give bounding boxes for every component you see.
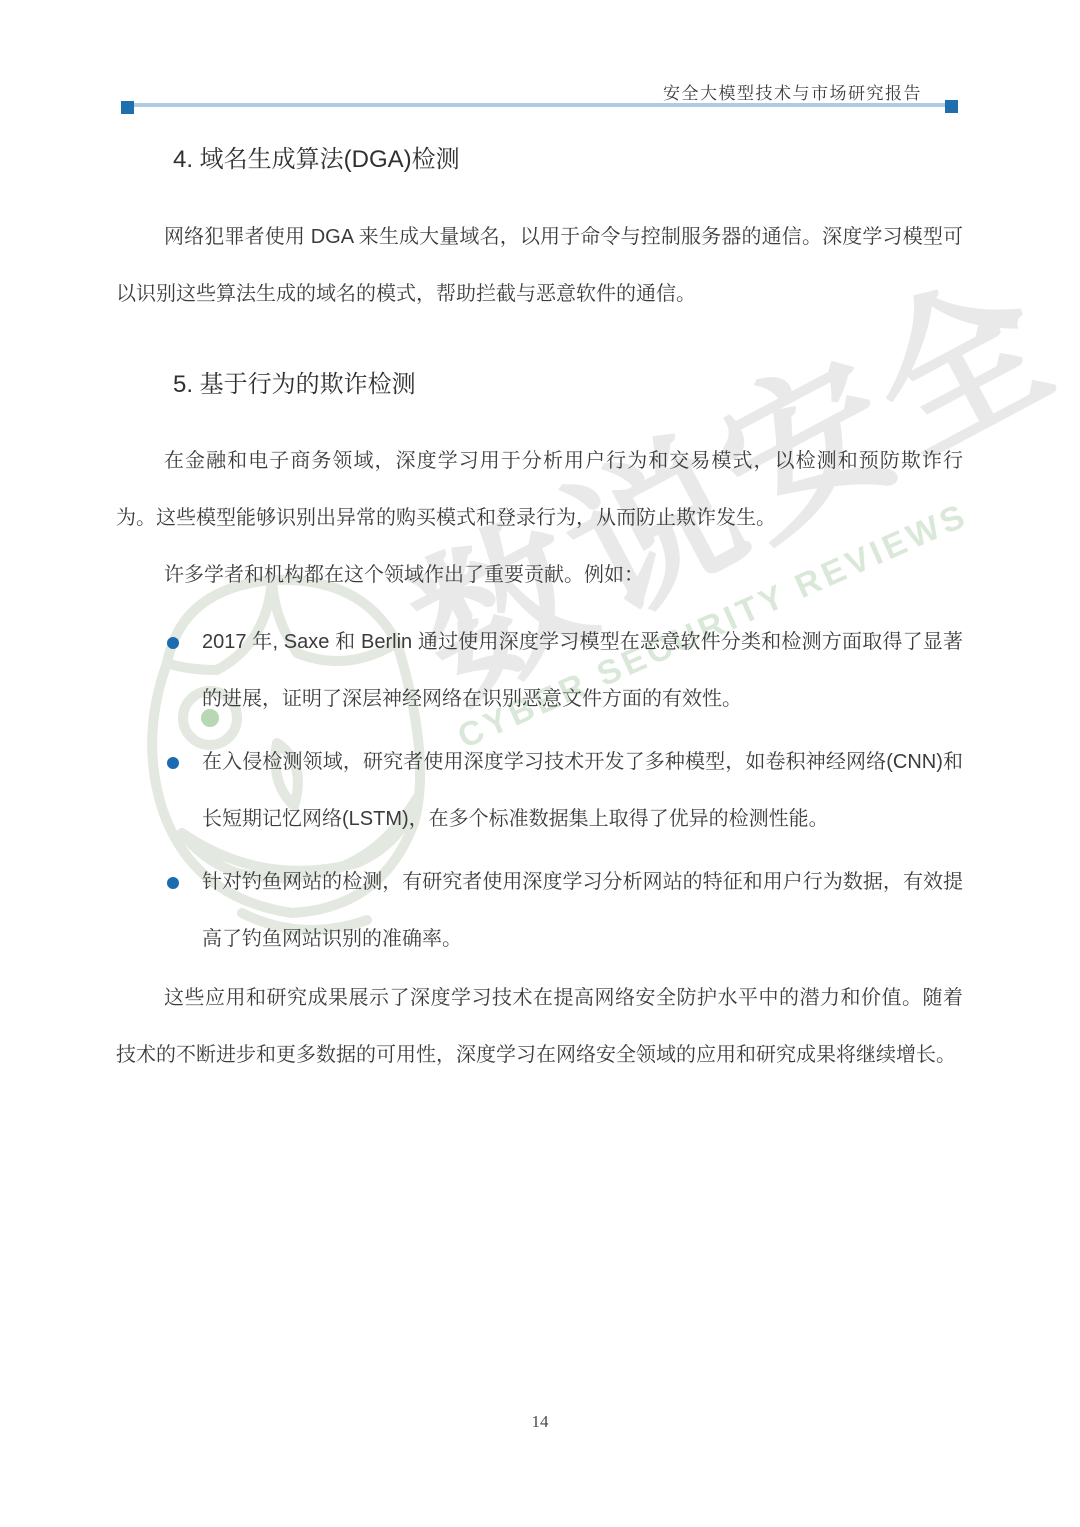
section5-paragraph-1: 在金融和电子商务领域，深度学习用于分析用户行为和交易模式，以检测和预防欺诈行为。… — [116, 433, 963, 547]
list-item: 针对钓鱼网站的检测，有研究者使用深度学习分析网站的特征和用户行为数据，有效提高了… — [116, 854, 963, 968]
bullet-dot-icon — [167, 637, 179, 649]
list-item-text: 在入侵检测领域，研究者使用深度学习技术开发了多种模型，如卷积神经网络(CNN)和… — [202, 751, 963, 830]
section4-paragraph: 网络犯罪者使用 DGA 来生成大量域名，以用于命令与控制服务器的通信。深度学习模… — [116, 209, 963, 323]
list-item-text: 2017 年, Saxe 和 Berlin 通过使用深度学习模型在恶意软件分类和… — [202, 631, 963, 710]
section4-heading: 4. 域名生成算法(DGA)检测 — [173, 144, 460, 176]
page-header-title: 安全大模型技术与市场研究报告 — [663, 79, 922, 104]
bullet-dot-icon — [167, 877, 179, 889]
report-page: { "page": { "header_title": "安全大模型技术与市场研… — [0, 0, 1080, 1527]
bullet-dot-icon — [167, 757, 179, 769]
list-item-text: 针对钓鱼网站的检测，有研究者使用深度学习分析网站的特征和用户行为数据，有效提高了… — [202, 871, 963, 950]
list-item: 在入侵检测领域，研究者使用深度学习技术开发了多种模型，如卷积神经网络(CNN)和… — [116, 734, 963, 848]
closing-paragraph: 这些应用和研究成果展示了深度学习技术在提高网络安全防护水平中的潜力和价值。随着技… — [116, 970, 963, 1084]
header-rule-line — [122, 103, 957, 107]
page-number: 14 — [0, 1412, 1080, 1432]
list-item: 2017 年, Saxe 和 Berlin 通过使用深度学习模型在恶意软件分类和… — [116, 614, 963, 728]
header-rule-left-square — [121, 101, 134, 114]
section5-heading: 5. 基于行为的欺诈检测 — [173, 369, 416, 401]
document-content: 安全大模型技术与市场研究报告 4. 域名生成算法(DGA)检测 网络犯罪者使用 … — [0, 0, 1080, 1527]
section5-paragraph-2: 许多学者和机构都在这个领域作出了重要贡献。例如： — [116, 547, 963, 604]
header-rule-right-square — [945, 100, 958, 113]
